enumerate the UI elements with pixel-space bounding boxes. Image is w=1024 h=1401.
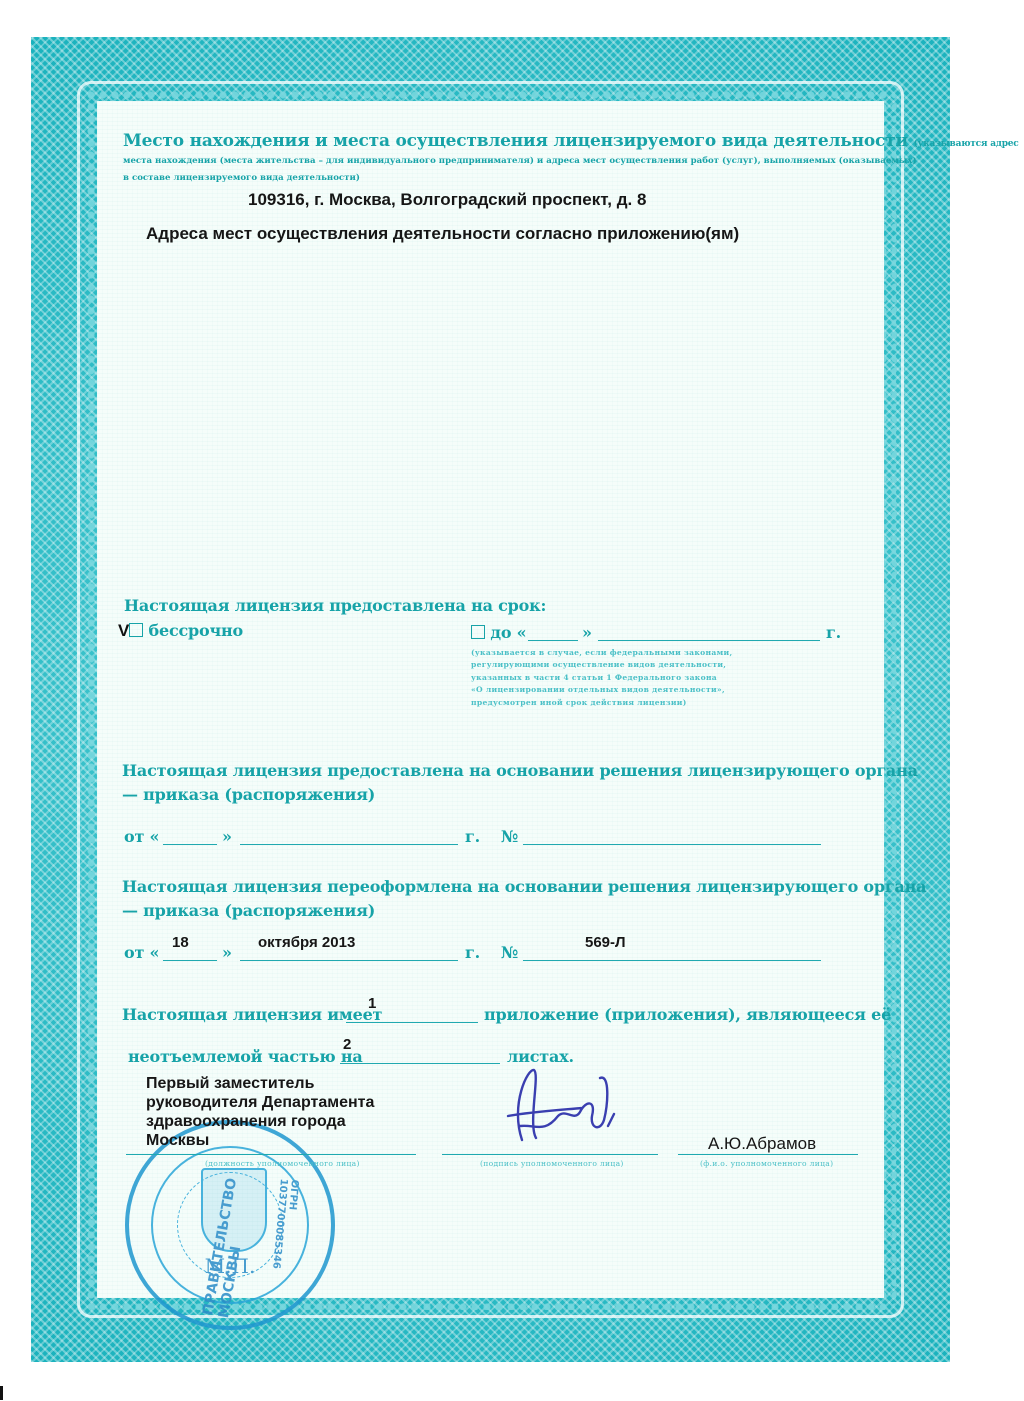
name-line: [678, 1154, 858, 1155]
reissued-month-year: октября 2013: [258, 934, 355, 951]
until-quote-close: »: [582, 623, 592, 642]
granted-date-line: [240, 844, 458, 845]
term-option-indefinite[interactable]: V бессрочно: [118, 621, 243, 641]
granted-heading-line1: Настоящая лицензия предоставлена на осно…: [122, 761, 918, 780]
appendix-line2-prefix: неотъемлемой частью на: [128, 1047, 363, 1066]
signatory-position: Первый заместитель руководителя Департам…: [146, 1074, 374, 1150]
term-note-line: (указывается в случае, если федеральными…: [471, 647, 732, 659]
term-note: (указывается в случае, если федеральными…: [471, 647, 732, 709]
official-seal-stamp: М.П. ПРАВИТЕЛЬСТВО МОСКВЫ ОГРН 103770008…: [125, 1120, 335, 1330]
granted-number-label: №: [501, 827, 518, 846]
appendix-line1-suffix: приложение (приложения), являющееся её: [484, 1005, 891, 1024]
checkbox-until[interactable]: [471, 625, 485, 639]
granted-number-line: [523, 844, 821, 845]
granted-heading-line2: — приказа (распоряжения): [122, 785, 375, 804]
term-note-line: предусмотрен иной срок действия лицензии…: [471, 697, 732, 709]
term-heading: Настоящая лицензия предоставлена на срок…: [124, 596, 546, 615]
location-heading-text: Место нахождения и места осуществления л…: [123, 131, 908, 151]
term-note-line: указанных в части 4 статьи 1 Федеральног…: [471, 672, 732, 684]
appendix-count-line: [346, 1022, 478, 1023]
appendix-count: 1: [368, 995, 376, 1012]
reissued-date-line: [240, 960, 458, 961]
position-line: руководителя Департамента: [146, 1093, 374, 1112]
granted-from-prefix: от «: [124, 827, 159, 846]
scan-edge-mark: [0, 1386, 3, 1400]
granted-day-line: [163, 844, 217, 845]
location-note-line-3: в составе лицензируемого вида деятельнос…: [123, 173, 360, 183]
position-line: Москвы: [146, 1131, 374, 1150]
reissued-from-prefix: от «: [124, 943, 159, 962]
position-line: Первый заместитель: [146, 1074, 374, 1093]
name-caption: (ф.и.о. уполномоченного лица): [700, 1159, 833, 1168]
until-prefix: до «: [490, 623, 526, 642]
term-note-line: «О лицензировании отдельных видов деятел…: [471, 684, 732, 696]
reissued-number-line: [523, 960, 821, 961]
position-line: здравоохранения города: [146, 1112, 374, 1131]
signatory-name: А.Ю.Абрамов: [708, 1134, 816, 1154]
address-appendix-note: Адреса мест осуществления деятельности с…: [146, 224, 739, 244]
handwritten-signature-icon: [500, 1064, 630, 1148]
reissued-number: 569-Л: [585, 934, 626, 951]
reissued-day: 18: [172, 934, 189, 951]
until-year-suffix: г.: [826, 623, 841, 642]
until-day-line: [528, 640, 578, 641]
position-caption: (должность уполномоченного лица): [205, 1159, 360, 1168]
position-line-rule: [126, 1154, 416, 1155]
reissued-heading-line2: — приказа (распоряжения): [122, 901, 375, 920]
reissued-number-label: №: [501, 943, 518, 962]
granted-quote-close: »: [222, 827, 232, 846]
term-note-line: регулирующими осуществление видов деятел…: [471, 659, 732, 671]
appendix-line1-prefix: Настоящая лицензия имеет: [122, 1005, 382, 1024]
signature-caption: (подпись уполномоченного лица): [480, 1159, 624, 1168]
term-option-until[interactable]: до «: [471, 623, 526, 642]
until-date-line: [598, 640, 820, 641]
granted-year-suffix: г.: [465, 827, 480, 846]
checkbox-indefinite[interactable]: [129, 623, 143, 637]
signature-line: [442, 1154, 658, 1155]
reissued-year-suffix: г.: [465, 943, 480, 962]
location-note-line-2: места нахождения (места жительства – для…: [123, 156, 917, 166]
appendix-sheets: 2: [343, 1036, 351, 1053]
check-mark: V: [118, 621, 129, 640]
option-indefinite-label: бессрочно: [149, 621, 244, 640]
appendix-sheets-line: [340, 1063, 500, 1064]
location-heading: Место нахождения и места осуществления л…: [123, 131, 1019, 151]
address-value: 109316, г. Москва, Волгоградский проспек…: [248, 190, 646, 210]
location-heading-note: (указываются адрес: [914, 139, 1019, 149]
reissued-quote-close: »: [222, 943, 232, 962]
reissued-heading-line1: Настоящая лицензия переоформлена на осно…: [122, 877, 926, 896]
reissued-day-line: [163, 960, 217, 961]
